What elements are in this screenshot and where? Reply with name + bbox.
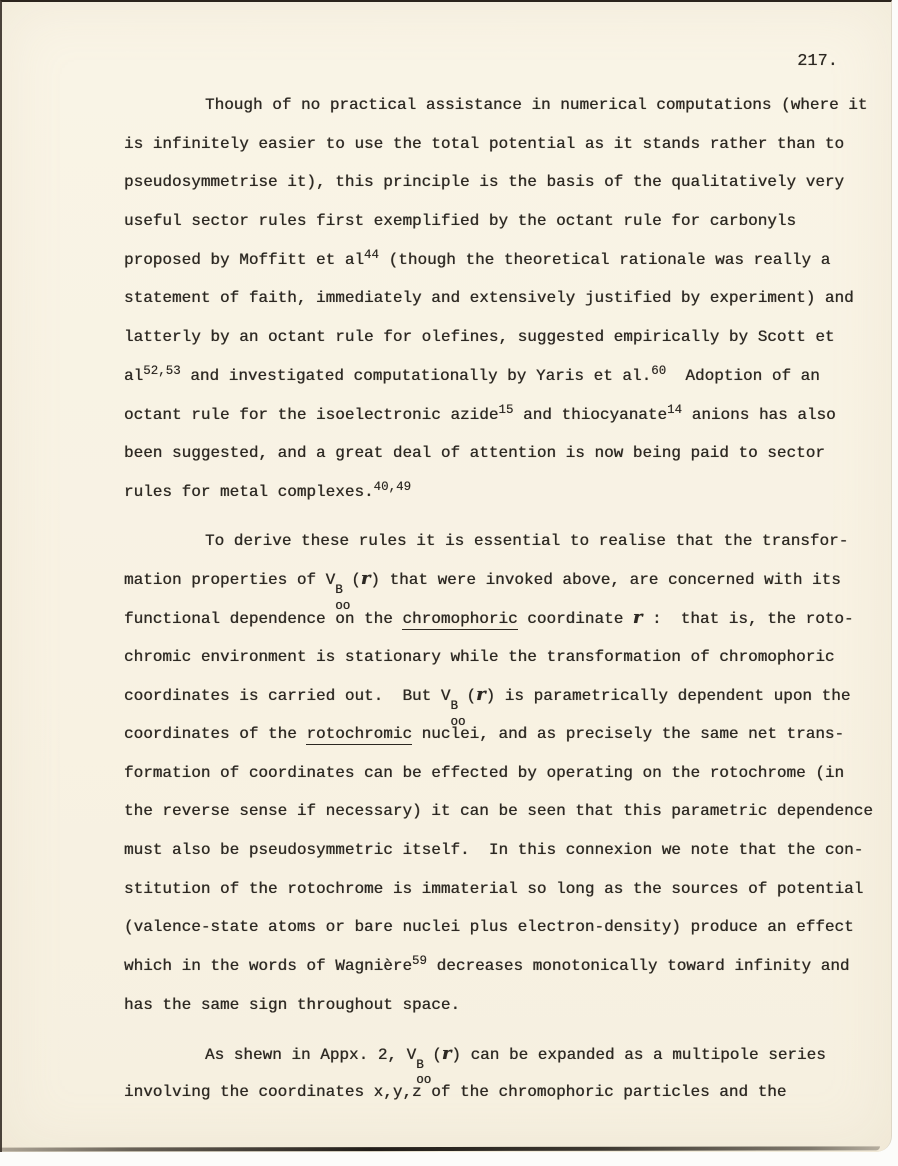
text-run: ) that were invoked above, are concerned… <box>370 571 840 589</box>
text-run: pseudosymmetrise it), this principle is … <box>124 173 844 191</box>
underlined-term: chromophoric <box>402 610 517 630</box>
text-run: (valence-state atoms or bare nuclei plus… <box>124 918 854 936</box>
text-run: proposed by Moffitt et al <box>124 251 364 269</box>
superscript-reference: 44 <box>364 248 379 262</box>
text-line: functional dependence on the chromophori… <box>124 599 884 638</box>
text-line: stitution of the rotochrome is immateria… <box>124 870 884 909</box>
superscript-reference: 52,53 <box>143 364 181 378</box>
text-run: statement of faith, immediately and exte… <box>124 289 854 307</box>
page-number: 217. <box>797 52 838 71</box>
text-run: must also be pseudosymmetric itself. In … <box>124 841 863 859</box>
superscript-reference: 14 <box>667 403 682 417</box>
text-run: Adoption of an <box>666 367 820 385</box>
text-run: useful sector rules first exemplified by… <box>124 212 796 230</box>
text-line: statement of faith, immediately and exte… <box>124 279 884 318</box>
text-line: must also be pseudosymmetric itself. In … <box>124 831 884 870</box>
superscript-reference: 15 <box>498 403 513 417</box>
formula-superscript: B <box>416 1059 431 1072</box>
text-line: coordinates is carried out. But VBoo(r) … <box>124 676 884 715</box>
text-run: which in the words of Wagnière <box>124 957 412 975</box>
text-line: (valence-state atoms or bare nuclei plus… <box>124 908 884 947</box>
text-run: has the same sign throughout space. <box>124 996 460 1014</box>
paragraph: To derive these rules it is essential to… <box>124 522 884 1025</box>
paragraph: Though of no practical assistance in num… <box>124 86 884 512</box>
text-run: ) is parametrically dependent upon the <box>486 687 851 705</box>
text-run: (though the theoretical rationale was re… <box>379 251 830 269</box>
scanned-page: 217. Though of no practical assistance i… <box>0 0 898 1166</box>
text-run: chromic environment is stationary while … <box>124 648 835 666</box>
text-line: formation of coordinates can be effected… <box>124 754 884 793</box>
text-line: pseudosymmetrise it), this principle is … <box>124 163 884 202</box>
text-line: mation properties of VBoo(r) that were i… <box>124 560 884 599</box>
formula-base: V <box>407 1046 417 1064</box>
text-run: ( <box>351 571 361 589</box>
text-run: formation of coordinates can be effected… <box>124 764 844 782</box>
text-run: Though of no practical assistance in num… <box>205 96 868 114</box>
text-run: ( <box>432 1046 442 1064</box>
text-line: is infinitely easier to use the total po… <box>124 125 884 164</box>
text-line: useful sector rules first exemplified by… <box>124 202 884 241</box>
text-line: chromic environment is stationary while … <box>124 638 884 677</box>
text-line: rules for metal complexes.40,49 <box>124 473 884 512</box>
potential-formula: VBoo <box>407 1046 433 1064</box>
text-run: To derive these rules it is essential to… <box>205 532 848 550</box>
text-run: involving the coordinates x,y,z of the c… <box>124 1083 787 1101</box>
text-line: has the same sign throughout space. <box>124 986 884 1025</box>
text-run: and thiocyanate <box>513 406 667 424</box>
underlined-term: rotochromic <box>306 725 412 745</box>
text-run: octant rule for the isoelectronic azide <box>124 406 498 424</box>
formula-superscript: B <box>335 584 350 597</box>
potential-formula: VBoo <box>326 571 352 589</box>
text-line: To derive these rules it is essential to… <box>124 522 884 561</box>
vector-r-symbol: r <box>476 684 485 705</box>
text-run: rules for metal complexes. <box>124 483 374 501</box>
text-run: coordinates is carried out. But <box>124 687 441 705</box>
text-run: been suggested, and a great deal of atte… <box>124 444 825 462</box>
text-run: mation properties of <box>124 571 326 589</box>
text-line: which in the words of Wagnière59 decreas… <box>124 947 884 986</box>
text-run: al <box>124 367 143 385</box>
text-line: al52,53 and investigated computationally… <box>124 357 884 396</box>
text-line: the reverse sense if necessary) it can b… <box>124 792 884 831</box>
text-line: proposed by Moffitt et al44 (though the … <box>124 241 884 280</box>
text-line: octant rule for the isoelectronic azide1… <box>124 396 884 435</box>
text-run: functional dependence on the <box>124 610 402 628</box>
vector-r-symbol: r <box>442 1043 451 1064</box>
text-run: coordinates of the <box>124 725 306 743</box>
text-run: anions has also <box>682 406 836 424</box>
text-run: ) can be expanded as a multipole series <box>451 1046 825 1064</box>
superscript-reference: 59 <box>412 954 427 968</box>
paragraph: As shewn in Appx. 2, VBoo(r) can be expa… <box>124 1035 884 1112</box>
document-body: Though of no practical assistance in num… <box>124 86 884 1112</box>
text-run: coordinate <box>518 610 633 628</box>
formula-superscript: B <box>450 700 465 713</box>
text-run: and investigated computationally by Yari… <box>181 367 651 385</box>
vector-r-symbol: r <box>633 607 642 628</box>
superscript-reference: 40,49 <box>374 480 412 494</box>
superscript-reference: 60 <box>651 364 666 378</box>
text-line: Though of no practical assistance in num… <box>124 86 884 125</box>
text-run: the reverse sense if necessary) it can b… <box>124 802 873 820</box>
formula-base: V <box>326 571 336 589</box>
text-run: : that is, the roto- <box>642 610 853 628</box>
text-run: stitution of the rotochrome is immateria… <box>124 880 863 898</box>
text-line: been suggested, and a great deal of atte… <box>124 434 884 473</box>
text-run: nuclei, and as precisely the same net tr… <box>412 725 844 743</box>
text-run: is infinitely easier to use the total po… <box>124 135 844 153</box>
text-run: ( <box>466 687 476 705</box>
text-line: latterly by an octant rule for olefines,… <box>124 318 884 357</box>
text-run: decreases monotonically toward infinity … <box>427 957 849 975</box>
paper-sheet: 217. Though of no practical assistance i… <box>0 0 892 1152</box>
text-line: As shewn in Appx. 2, VBoo(r) can be expa… <box>124 1035 884 1074</box>
text-line: coordinates of the rotochromic nuclei, a… <box>124 715 884 754</box>
vector-r-symbol: r <box>361 568 370 589</box>
text-line: involving the coordinates x,y,z of the c… <box>124 1073 884 1112</box>
potential-formula: VBoo <box>441 687 467 705</box>
text-run: latterly by an octant rule for olefines,… <box>124 328 835 346</box>
text-run: As shewn in Appx. 2, <box>205 1046 407 1064</box>
